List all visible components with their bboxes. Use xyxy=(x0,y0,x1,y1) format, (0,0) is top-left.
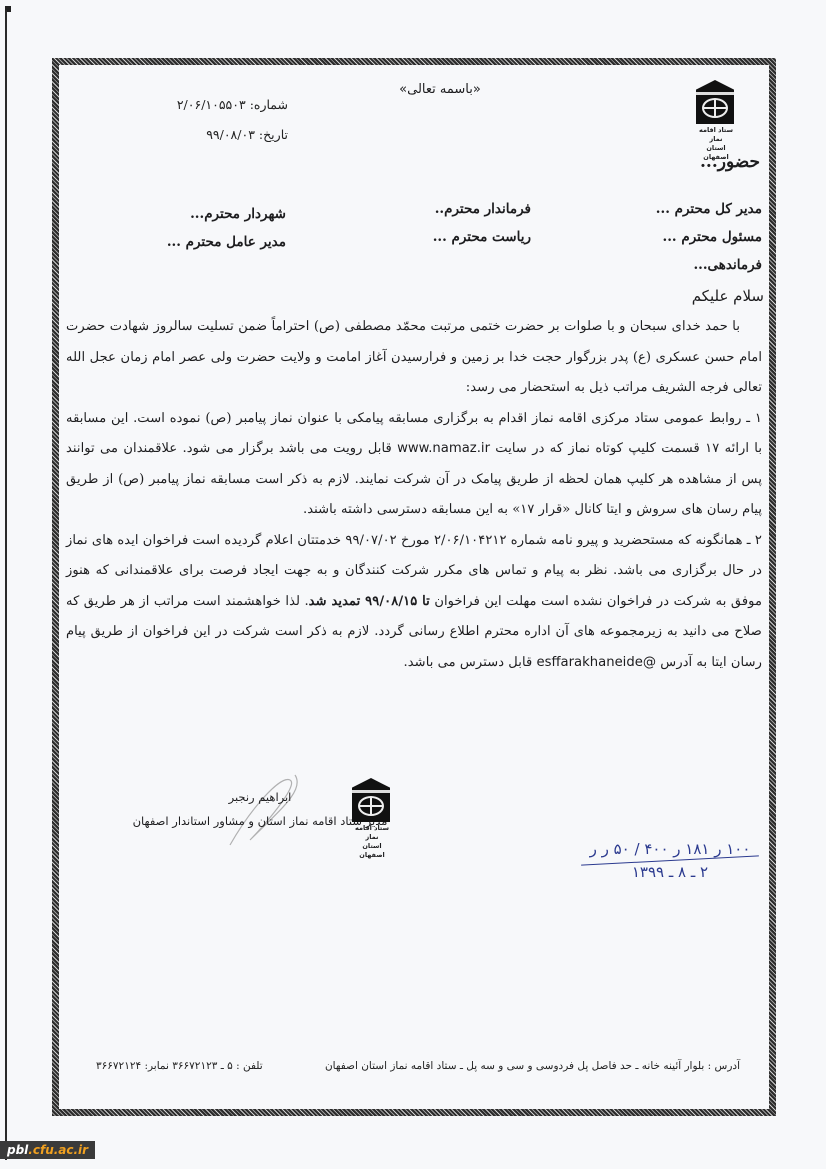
signature-logo: ستاد اقامه نماز استان اصفهان xyxy=(352,778,392,860)
letter-body: با حمد خدای سبحان و با صلوات بر حضرت ختم… xyxy=(66,312,762,678)
website-link[interactable]: www.namaz.ir xyxy=(397,441,490,456)
recipient-item: شهردار محترم... xyxy=(167,200,286,228)
item-2-paragraph: ۲ ـ همانگونه که مستحضرید و پیرو نامه شما… xyxy=(66,526,762,679)
recipients-heading: حضور... xyxy=(700,152,760,172)
letter-date-value: ۹۹/۰۸/۰۳ xyxy=(206,127,255,142)
bismillah-heading: «باسمه تعالی» xyxy=(360,82,520,97)
scan-edge-line xyxy=(5,10,7,1160)
handwritten-registration-note: ۱۰۰ ر ۱۸۱ ر ۴۰۰ / ۵۰ ر ر ۲ ـ ۸ ـ ۱۳۹۹ xyxy=(575,838,765,883)
deadline-extension: تا ۹۹/۰۸/۱۵ تمدید شد xyxy=(309,594,430,609)
letter-number: شماره: ۲/۰۶/۱۰۵۵۰۳ xyxy=(88,90,288,120)
recipient-item: مسئول محترم ... xyxy=(656,223,762,251)
eitaa-handle: esffarakhaneide@ xyxy=(536,655,656,670)
recipients-column-middle: فرماندار محترم.. ریاست محترم ... xyxy=(433,195,531,251)
intro-paragraph: با حمد خدای سبحان و با صلوات بر حضرت ختم… xyxy=(66,312,762,404)
recipient-item: مدیر کل محترم ... xyxy=(656,195,762,223)
recipients-column-right: مدیر کل محترم ... مسئول محترم ... فرماند… xyxy=(656,195,762,279)
letter-date: تاریخ: ۹۹/۰۸/۰۳ xyxy=(88,120,288,150)
letter-reference: شماره: ۲/۰۶/۱۰۵۵۰۳ تاریخ: ۹۹/۰۸/۰۳ xyxy=(88,90,288,150)
footer-address: آدرس : بلوار آئینه خانه ـ حد فاصل پل فرد… xyxy=(325,1060,740,1072)
kaaba-globe-icon xyxy=(352,778,390,822)
recipient-item: فرماندهی... xyxy=(656,251,762,279)
logo-caption: ستاد اقامه نماز استان اصفهان xyxy=(352,824,392,860)
greeting: سلام علیکم xyxy=(692,287,764,305)
item-1-paragraph: ۱ ـ روابط عمومی ستاد مرکزی اقامه نماز اق… xyxy=(66,404,762,526)
recipient-item: فرماندار محترم.. xyxy=(433,195,531,223)
letter-number-value: ۲/۰۶/۱۰۵۵۰۳ xyxy=(177,97,246,112)
recipient-item: مدیر عامل محترم ... xyxy=(167,228,286,256)
recipients-column-left: شهردار محترم... مدیر عامل محترم ... xyxy=(167,200,286,256)
recipient-item: ریاست محترم ... xyxy=(433,223,531,251)
kaaba-globe-icon xyxy=(696,80,734,124)
site-watermark: pbl.cfu.ac.ir xyxy=(0,1141,95,1159)
footer-phone: تلفن : ۵ ـ ۳۶۶۷۲۱۲۳ نمابر: ۳۶۶۷۲۱۲۴ xyxy=(96,1060,263,1072)
organization-logo: ستاد اقامه نماز استان اصفهان xyxy=(696,80,736,162)
